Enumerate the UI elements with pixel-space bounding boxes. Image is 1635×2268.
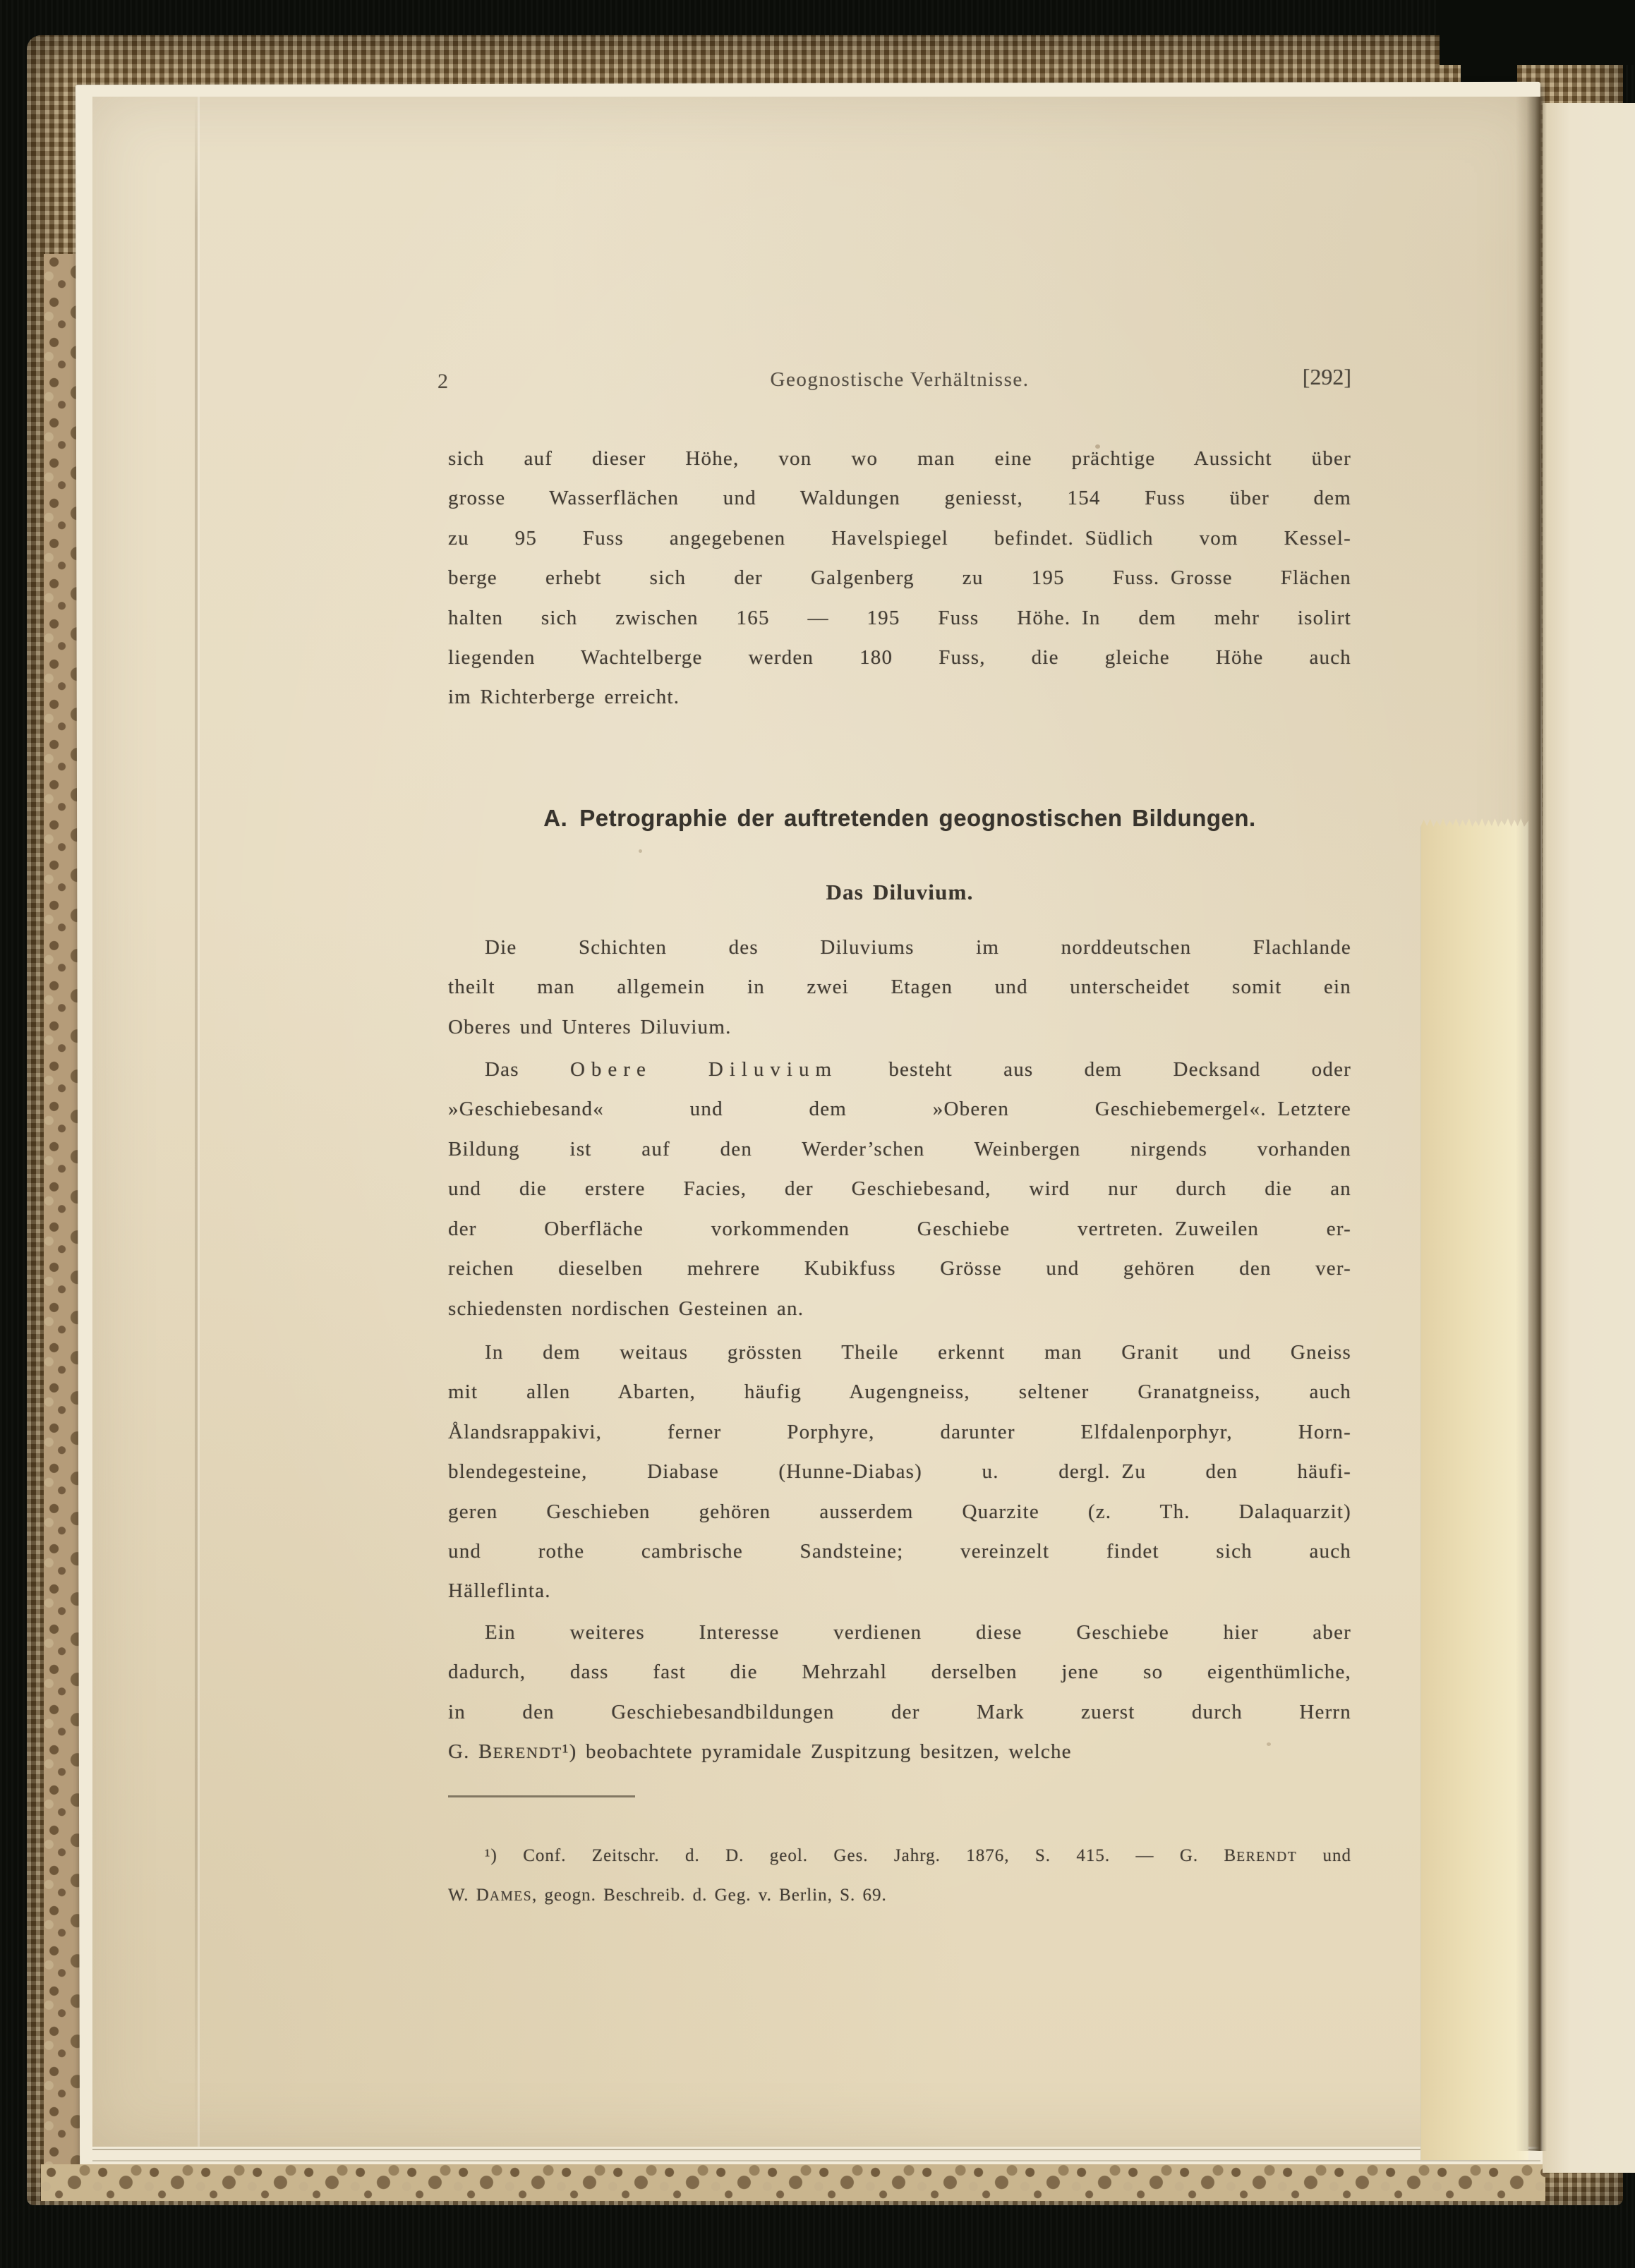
sub-heading: Das Diluvium. [448, 873, 1351, 906]
text-line: grosse Wasserflächen und Waldungen genie… [448, 478, 1351, 518]
page-number: 2 [438, 370, 448, 394]
text-line: Hälleflinta. [448, 1571, 1351, 1611]
text-line: im Richterberge erreicht. [448, 677, 1351, 717]
text-line: zu 95 Fuss angegebenen Havelspiegel befi… [448, 519, 1351, 558]
paragraph: Die Schichten des Diluviums im norddeuts… [448, 928, 1351, 1047]
text-line: Ålandsrappakivi, ferner Porphyre, darunt… [448, 1412, 1351, 1452]
footnote-rule [448, 1795, 635, 1797]
text-line: mit allen Abarten, häufig Augengneiss, s… [448, 1372, 1351, 1412]
section-heading: A. Petrographie der auftretenden geognos… [448, 799, 1351, 834]
paragraph: In dem weitaus grössten Theile erkennt m… [448, 1333, 1351, 1611]
text-line: dadurch, dass fast die Mehrzahl derselbe… [448, 1652, 1351, 1692]
book-scan: 2 Geognostische Verhältnisse. [292] sich… [0, 0, 1635, 2268]
footnote: ¹) Conf. Zeitschr. d. D. geol. Ges. Jahr… [448, 1837, 1351, 1916]
text-line: in den Geschiebesandbildungen der Mark z… [448, 1692, 1351, 1732]
text-line: Oberes und Unteres Diluvium. [448, 1007, 1351, 1047]
text-line: ¹) Conf. Zeitschr. d. D. geol. Ges. Jahr… [448, 1837, 1351, 1876]
text-line: Ein weiteres Interesse verdienen diese G… [448, 1613, 1351, 1652]
column-reference: [292] [448, 364, 1351, 390]
text-line: schiedensten nordischen Gesteinen an. [448, 1289, 1351, 1328]
text-line: und rothe cambrische Sandsteine; vereinz… [448, 1532, 1351, 1571]
text-line: G. BERENDT¹) beobachtete pyramidale Zusp… [448, 1732, 1351, 1773]
text-line: »Geschiebesand« und dem »Oberen Geschieb… [448, 1089, 1351, 1129]
text-line: berge erhebt sich der Galgenberg zu 195 … [448, 558, 1351, 598]
text-line: der Oberfläche vorkommenden Geschiebe ve… [448, 1209, 1351, 1249]
text-line: liegenden Wachtelberge werden 180 Fuss, … [448, 638, 1351, 677]
paragraph: Das Obere Diluvium besteht aus dem Decks… [448, 1050, 1351, 1328]
page-text-layer: 2 Geognostische Verhältnisse. [292] sich… [0, 0, 1635, 2268]
text-line: blendegesteine, Diabase (Hunne-Diabas) u… [448, 1452, 1351, 1491]
text-line: Die Schichten des Diluviums im norddeuts… [448, 928, 1351, 967]
text-line: reichen dieselben mehrere Kubikfuss Grös… [448, 1249, 1351, 1288]
text-line: sich auf dieser Höhe, von wo man eine pr… [448, 439, 1351, 478]
text-line: halten sich zwischen 165 — 195 Fuss Höhe… [448, 598, 1351, 638]
text-line: In dem weitaus grössten Theile erkennt m… [448, 1333, 1351, 1372]
text-line: W. DAMES, geogn. Beschreib. d. Geg. v. B… [448, 1876, 1351, 1916]
paragraph: sich auf dieser Höhe, von wo man eine pr… [448, 439, 1351, 717]
text-line: theilt man allgemein in zwei Etagen und … [448, 967, 1351, 1007]
body-text-block: sich auf dieser Höhe, von wo man eine pr… [448, 439, 1351, 1916]
text-line: geren Geschieben gehören ausserdem Quarz… [448, 1492, 1351, 1532]
text-line: und die erstere Facies, der Geschiebesan… [448, 1169, 1351, 1208]
text-line: Bildung ist auf den Werder’schen Weinber… [448, 1129, 1351, 1169]
paragraph: Ein weiteres Interesse verdienen diese G… [448, 1613, 1351, 1773]
text-line: Das Obere Diluvium besteht aus dem Decks… [448, 1050, 1351, 1089]
